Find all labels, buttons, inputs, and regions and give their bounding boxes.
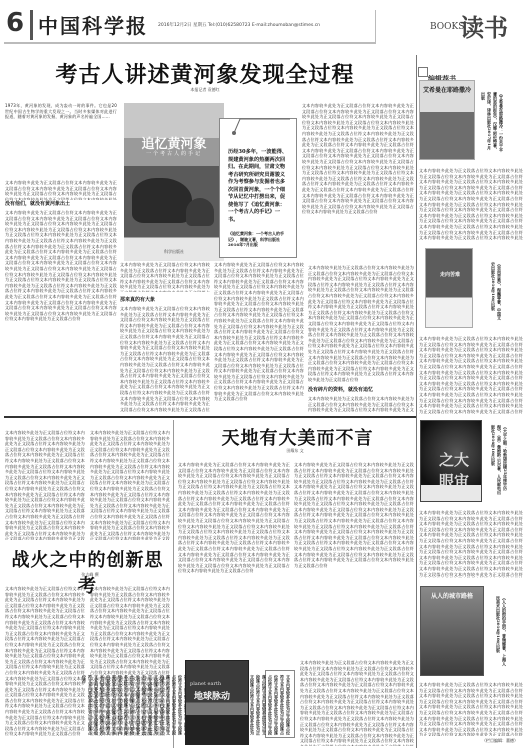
elephant-illustration bbox=[132, 178, 192, 223]
article3-intro-col2: 文本内容较多此处为正文段落占位符文本内容较多此处为正文段落占位符文本内容较多此处… bbox=[90, 430, 170, 540]
article1-lead: 1973年，黄河象的发现，成为轰动一时的事件。它也是20世纪中国古生物学的重大发… bbox=[5, 103, 117, 178]
article1-para: 文本内容较多此处为正文段落占位符文本内容较多此处为正文段落占位符文本内容较多此处… bbox=[5, 180, 117, 200]
masthead-rule-vertical bbox=[375, 10, 376, 44]
sidebar-editor-credit: （栏目编辑：董德） bbox=[482, 738, 518, 744]
page-number: 6 bbox=[6, 8, 24, 38]
masthead: 6 中国科学报 2016年12月2日 星期五 Tel:(010)62580723… bbox=[0, 0, 524, 55]
article3-intro-col1: 文本内容较多此处为正文段落占位符文本内容较多此处为正文段落占位符文本内容较多此处… bbox=[5, 430, 85, 540]
cover-title: 从人的城市路格 bbox=[421, 591, 483, 600]
article1-subhead3: 没有碎片的资料，就没有追忆 bbox=[308, 386, 373, 393]
cover-subtitle: 一个考古人的手记 bbox=[124, 150, 224, 157]
article3-byline: 张志峰 撰 bbox=[60, 572, 120, 578]
article3-col1: 文本内容较多此处为正文段落占位符文本内容较多此处为正文段落占位符文本内容较多此处… bbox=[5, 586, 85, 746]
sidebar-book-cover-3: 之大眼宙 bbox=[420, 420, 482, 502]
cover-title: 艾希曼在耶路撒冷 bbox=[420, 85, 474, 94]
article1-col1: 文本内容较多此处为正文段落占位符文本内容较多此处为正文段落占位符文本内容较多此处… bbox=[5, 210, 117, 410]
sidebar-book-caption-3: 《大宇之眼：哈勃望远镜25年探宇历程》，（美）詹姆斯·贝尔著，人民邮电出版社20… bbox=[490, 425, 508, 495]
sidebar-book-review-2: 文本内容较多此处为正文段落占位符文本内容较多此处为正文段落占位符文本内容较多此处… bbox=[419, 336, 523, 414]
masthead-divider bbox=[30, 10, 33, 40]
article1-subhead1: 没有他们，就没有黄河象出土 bbox=[5, 200, 70, 207]
section-label-cn: 读书 bbox=[460, 8, 508, 43]
article1-col4: 文本内容较多此处为正文段落占位符文本内容较多此处为正文段落占位符文本内容较多此处… bbox=[308, 265, 414, 383]
sidebar-book-cover-2: 走向苦难 bbox=[425, 248, 473, 328]
elephant-illustration-small bbox=[186, 198, 214, 226]
cover-title-cn: 地球脉动 bbox=[194, 689, 230, 702]
sidebar-book-caption-2: 《走向苦难》，程巍等著，中国文史出版社2016年10月出版 bbox=[490, 262, 502, 322]
article1-headline: 考古人讲述黄河象发现全过程 bbox=[40, 58, 370, 89]
article1-col4-top: 文本内容较多此处为正文段落占位符文本内容较多此处为正文段落占位符文本内容较多此处… bbox=[302, 103, 414, 263]
cover-title-en: planet earth bbox=[190, 681, 221, 687]
sidebar-book-review-4: 文本内容较多此处为正文段落占位符文本内容较多此处为正文段落占位符文本内容较多此处… bbox=[419, 682, 523, 736]
cover-band bbox=[421, 485, 481, 501]
article1-subhead2: 那来真的有大象 bbox=[120, 296, 155, 303]
sidebar-book-cover-1: 艾希曼在耶路撒冷 bbox=[419, 80, 475, 160]
article1-col2: 文本内容较多此处为正文段落占位符文本内容较多此处为正文段落占位符文本内容较多此处… bbox=[120, 306, 210, 412]
article1-col4-bottom: 文本内容较多此处为正文段落占位符文本内容较多此处为正文段落占位符文本内容较多此处… bbox=[308, 396, 414, 412]
sidebar-book-cover-4: 从人的城市路格 bbox=[420, 586, 484, 676]
cover-publisher: 科学出版社 bbox=[124, 249, 224, 255]
article2-byline: 田耀东 文 bbox=[270, 448, 320, 454]
article2-col2-bottom: 文本内容较多此处为正文段落占位符文本内容较多此处为正文段落占位符文本内容较多此处… bbox=[300, 660, 414, 746]
pull-quote-caption: 《追忆黄河象：一个考古人的手记》，谢骏义著，科学出版社2016年7月出版 bbox=[228, 231, 290, 248]
sidebar-book-review-3: 文本内容较多此处为正文段落占位符文本内容较多此处为正文段落占位符文本内容较多此处… bbox=[419, 510, 523, 578]
book-cover-huanghe-elephant: 追忆黄河象 一个考古人的手记 科学出版社 bbox=[124, 103, 224, 261]
masthead-rule bbox=[4, 42, 376, 44]
article2-col2: 文本内容较多此处为正文段落占位符文本内容较多此处为正文段落占位符文本内容较多此处… bbox=[294, 462, 414, 657]
sidebar-book-caption-1: 《艾希曼在耶路撒冷：一份关于平庸的恶的报告》，汉娜·阿伦特著，安尼译，译林出版社… bbox=[480, 92, 504, 152]
article2-headline: 天地有大美而不言 bbox=[180, 424, 415, 450]
sidebar-heading-box-icon bbox=[418, 67, 428, 77]
sidebar-book-caption-4: 《人人的街拍手册》，普瑞娜著，上海人民美术出版社2016年10月出版 bbox=[495, 596, 507, 666]
section-divider bbox=[4, 416, 416, 418]
book-cover-planet-earth: planet earth 地球脉动 bbox=[185, 660, 249, 745]
article1-col3: 文本内容较多此处为正文段落占位符文本内容较多此处为正文段落占位符文本内容较多此处… bbox=[214, 262, 304, 412]
sidebar-book-review-1: 文本内容较多此处为正文段落占位符文本内容较多此处为正文段落占位符文本内容较多此处… bbox=[419, 168, 523, 240]
pull-quote-box: 历经30多年，一波能得、规建黄河象的热潮两次回归。在此期间，甘肃文物考古研究所研… bbox=[219, 118, 297, 258]
book-caption-box: 文本内容较多此处为正文段落占位符文本内容较多此处为正文段落占位符文本内容较多此处… bbox=[265, 670, 295, 738]
article1-col2-top: 文本内容较多此处为正文段落占位符文本内容较多此处为正文段落占位符文本内容较多此处… bbox=[120, 262, 210, 292]
sidebar-divider bbox=[416, 55, 417, 748]
article1-byline: 本报记者 袁德红 bbox=[150, 87, 260, 93]
quote-hook-icon bbox=[232, 117, 292, 137]
issue-meta: 2016年12月2日 星期五 Tel:(010)62580723 E-mail:… bbox=[158, 22, 320, 28]
paper-name: 中国科学报 bbox=[38, 10, 148, 39]
cover-title: 走向苦难 bbox=[430, 271, 470, 278]
article2-col1: 文本内容较多此处为正文段落占位符文本内容较多此处为正文段落占位符文本内容较多此处… bbox=[178, 462, 290, 657]
pull-quote-text: 历经30多年，一波能得、规建黄河象的热潮两次回归。在此期间，甘肃文物考古研究所研… bbox=[228, 149, 290, 224]
